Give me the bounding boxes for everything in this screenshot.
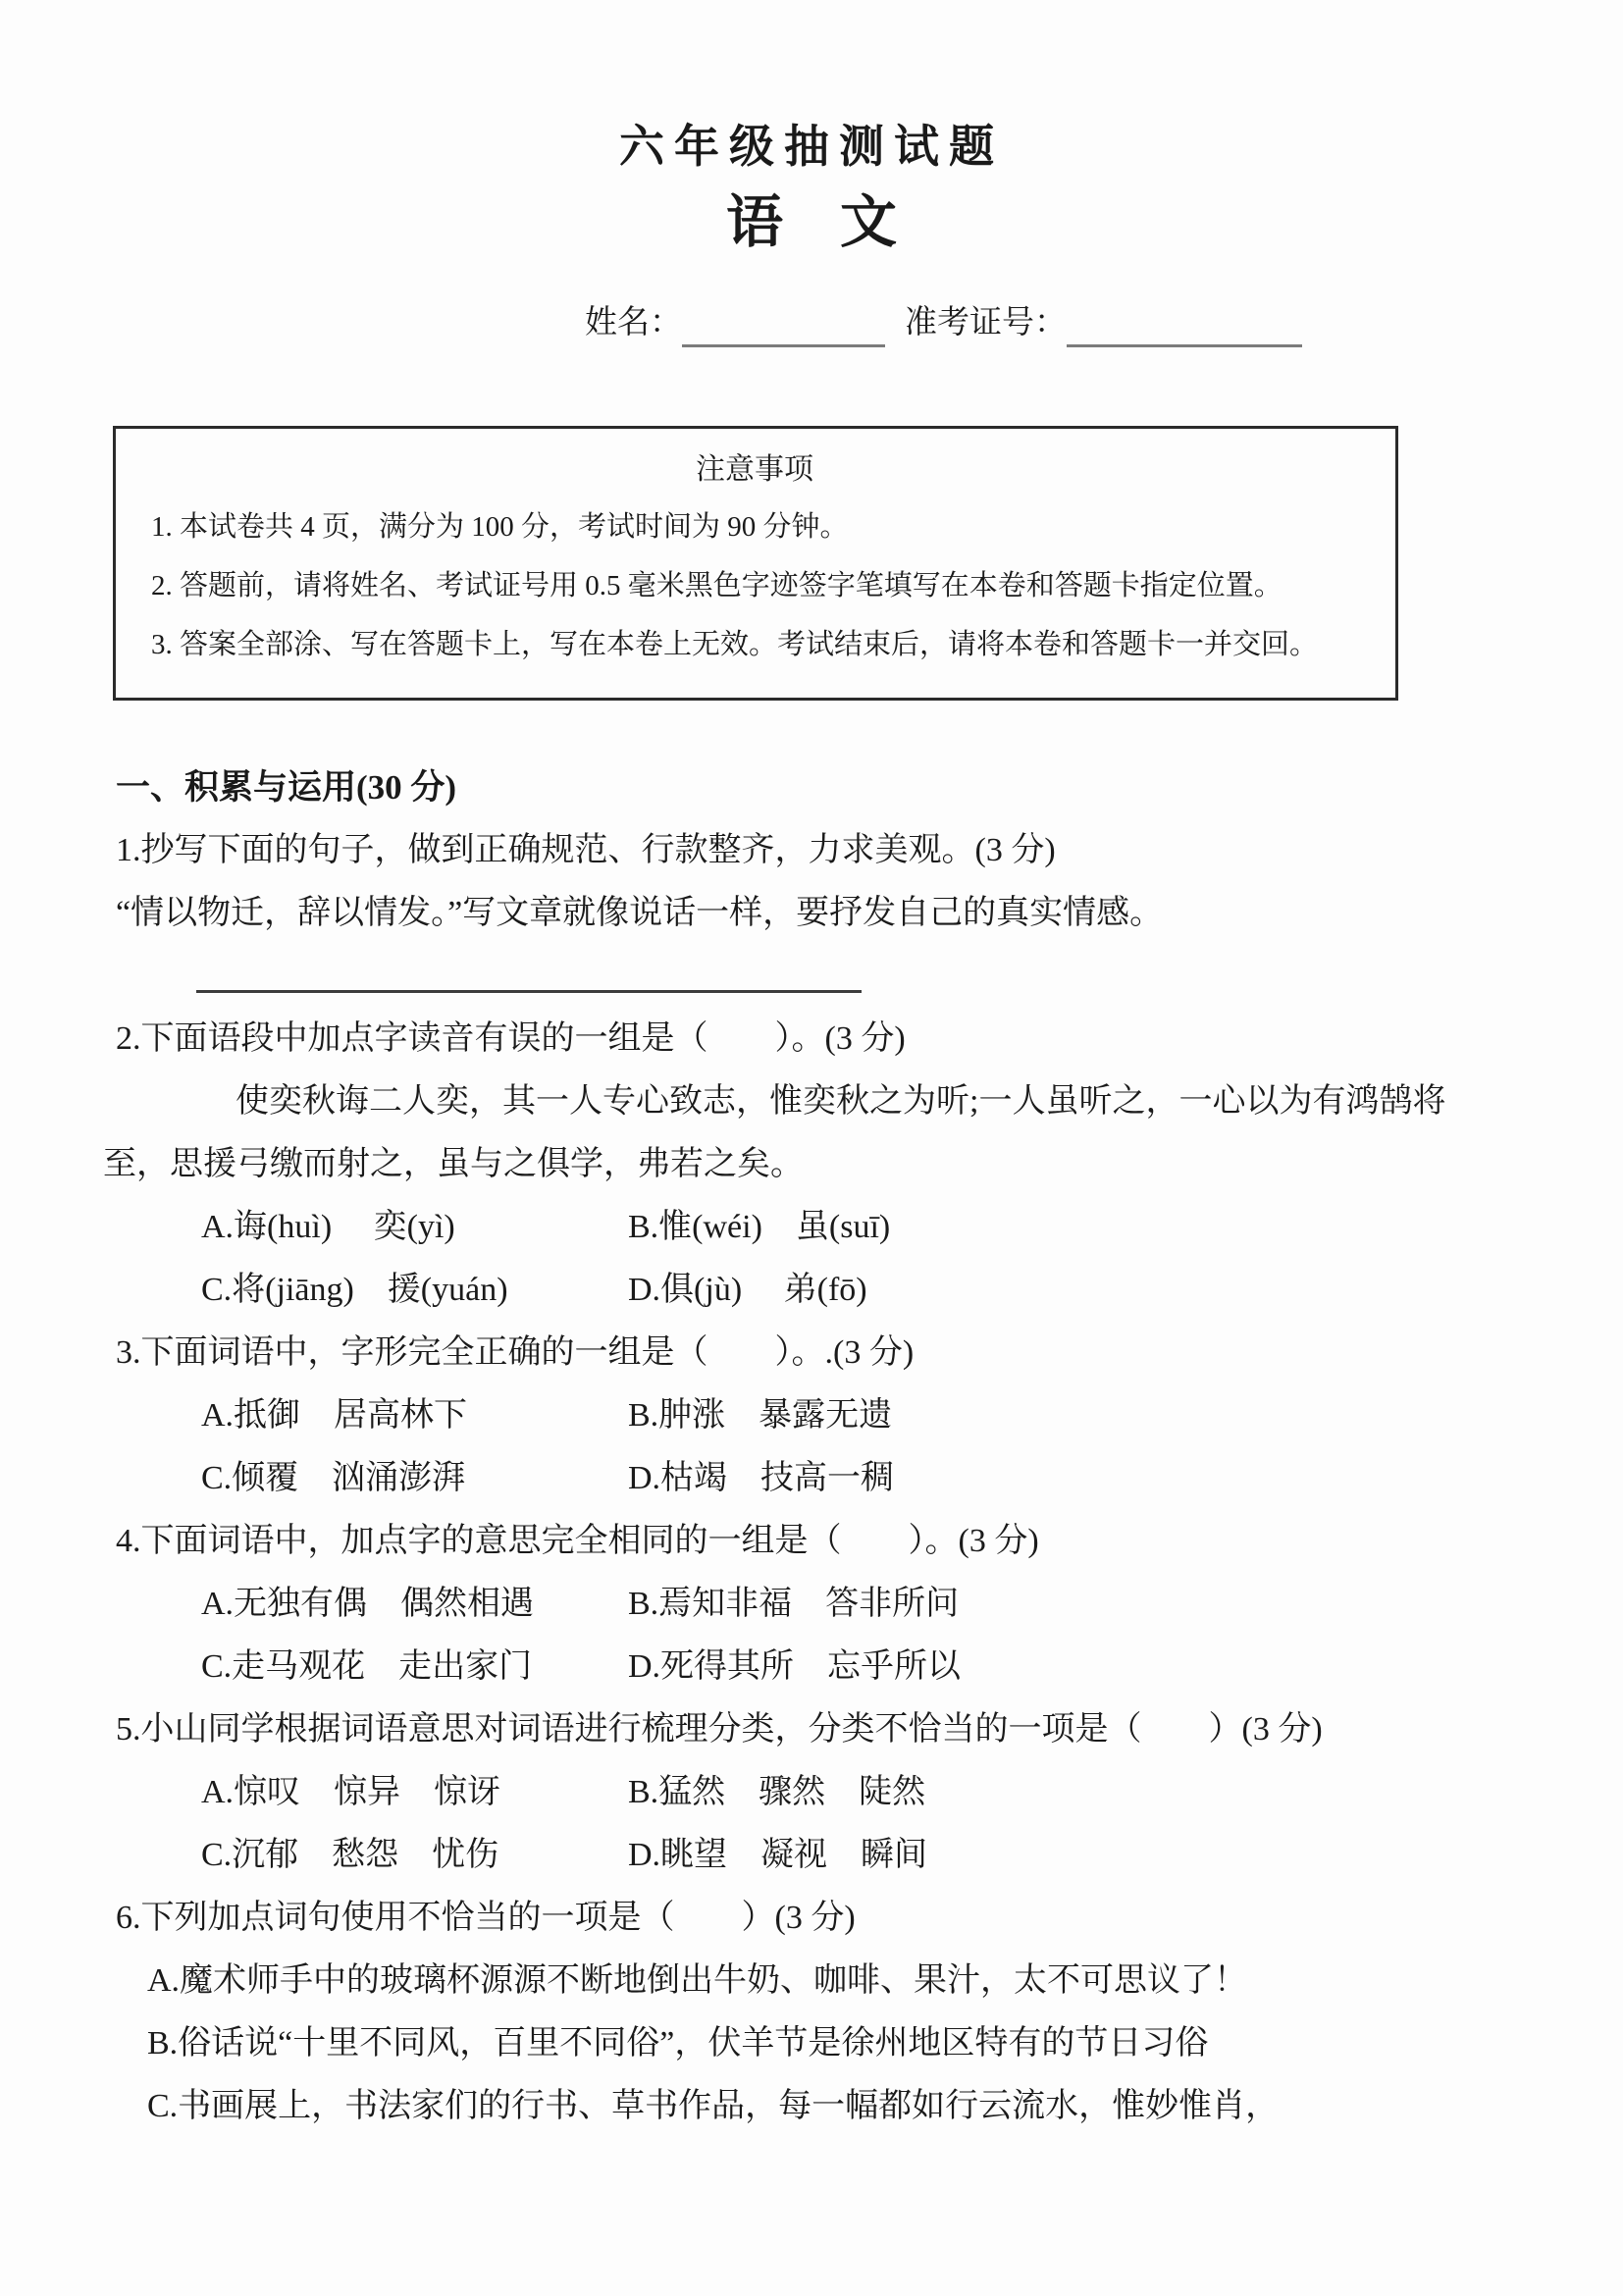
option-d: D.眺望 凝视 瞬间 [628, 1824, 927, 1887]
option-b: B.猛然 骤然 陡然 [628, 1761, 925, 1824]
copy-answer-line [196, 990, 862, 993]
question-3-options-row-1: A.抵御 居高林下 B.肿涨 暴露无遗 [0, 1384, 1623, 1447]
question-6-stem: 6.下列加点词句使用不恰当的一项是（ ）(3 分) [0, 1887, 1623, 1950]
subject-title: 语 文 [0, 188, 1623, 257]
option-b: B.肿涨 暴露无遗 [628, 1384, 892, 1447]
option-b: B.惟(wéi) 虽(suī) [628, 1196, 890, 1259]
notice-item-2: 2. 答题前，请将姓名、考试证号用 0.5 毫米黑色字迹签字笔填写在本卷和答题卡… [151, 566, 1358, 605]
question-5-stem: 5.小山同学根据词语意思对词语进行梳理分类，分类不恰当的一项是（ ）(3 分) [0, 1698, 1623, 1761]
question-4-stem: 4.下面词语中，加点字的意思完全相同的一组是（ ）。(3 分) [0, 1510, 1623, 1573]
notice-box: 注意事项 1. 本试卷共 4 页，满分为 100 分，考试时间为 90 分钟。 … [113, 426, 1398, 701]
option-a: A.魔术师手中的玻璃杯源源不断地倒出牛奶、咖啡、果汁，太不可思议了！ [0, 1950, 1623, 2012]
question-1-stem: 1.抄写下面的句子，做到正确规范、行款整齐，力求美观。(3 分) [0, 819, 1623, 882]
notice-title: 注意事项 [151, 452, 1358, 488]
question-2-passage-line-1: 使奕秋诲二人奕，其一人专心致志，惟奕秋之为听;一人虽听之，一心以为有鸿鹄将 [0, 1070, 1623, 1133]
question-5-options-row-2: C.沉郁 愁怨 忧伤 D.眺望 凝视 瞬间 [0, 1824, 1623, 1887]
option-d: D.俱(jù) 弟(fō) [628, 1259, 867, 1322]
candidate-info-row: 姓名： 准考证号： [585, 298, 1623, 347]
question-2-options-row-2: C.将(jiāng) 援(yuán) D.俱(jù) 弟(fō) [0, 1259, 1623, 1322]
option-b: B.俗话说“十里不同风，百里不同俗”，伏羊节是徐州地区特有的节日习俗 [0, 2012, 1623, 2075]
question-3-options-row-2: C.倾覆 汹涌澎湃 D.枯竭 技高一稠 [0, 1447, 1623, 1510]
option-c: C.将(jiāng) 援(yuán) [201, 1259, 628, 1322]
option-a: A.抵御 居高林下 [201, 1384, 628, 1447]
question-5-options-row-1: A.惊叹 惊异 惊讶 B.猛然 骤然 陡然 [0, 1761, 1623, 1824]
ticket-label: 准考证号： [905, 298, 1067, 347]
question-4-options-row-1: A.无独有偶 偶然相遇 B.焉知非福 答非所问 [0, 1573, 1623, 1636]
exam-paper-page: 六年级抽测试题 语 文 姓名： 准考证号： 注意事项 1. 本试卷共 4 页，满… [0, 0, 1623, 2296]
name-blank-line [682, 305, 885, 347]
name-label: 姓名： [585, 298, 682, 347]
page-title: 六年级抽测试题 [0, 0, 1623, 175]
question-3-stem: 3.下面词语中，字形完全正确的一组是（ ）。.(3 分) [0, 1322, 1623, 1384]
notice-item-3: 3. 答案全部涂、写在答题卡上，写在本卷上无效。考试结束后，请将本卷和答题卡一并… [151, 625, 1358, 664]
ticket-blank-line [1067, 305, 1302, 347]
option-c: C.走马观花 走出家门 [201, 1636, 628, 1698]
question-2-options-row-1: A.诲(huì) 奕(yì) B.惟(wéi) 虽(suī) [0, 1196, 1623, 1259]
copy-answer-line-slot [0, 945, 1623, 1008]
option-a: A.诲(huì) 奕(yì) [201, 1196, 628, 1259]
section-heading: 一、积累与运用(30 分) [0, 757, 1623, 819]
option-d: D.枯竭 技高一稠 [628, 1447, 894, 1510]
option-b: B.焉知非福 答非所问 [628, 1573, 959, 1636]
option-c: C.沉郁 愁怨 忧伤 [201, 1824, 628, 1887]
option-a: A.惊叹 惊异 惊讶 [201, 1761, 628, 1824]
question-1-quote: “情以物迁，辞以情发。”写文章就像说话一样，要抒发自己的真实情感。 [0, 882, 1623, 945]
option-d: D.死得其所 忘乎所以 [628, 1636, 961, 1698]
notice-item-1: 1. 本试卷共 4 页，满分为 100 分，考试时间为 90 分钟。 [151, 507, 1358, 547]
option-c: C.倾覆 汹涌澎湃 [201, 1447, 628, 1510]
question-4-options-row-2: C.走马观花 走出家门 D.死得其所 忘乎所以 [0, 1636, 1623, 1698]
question-2-passage-line-2: 至，思援弓缴而射之，虽与之俱学，弗若之矣。 [0, 1133, 1623, 1196]
question-2-stem: 2.下面语段中加点字读音有误的一组是（ ）。(3 分) [0, 1008, 1623, 1070]
option-c: C.书画展上，书法家们的行书、草书作品，每一幅都如行云流水，惟妙惟肖， [0, 2075, 1623, 2138]
option-a: A.无独有偶 偶然相遇 [201, 1573, 628, 1636]
